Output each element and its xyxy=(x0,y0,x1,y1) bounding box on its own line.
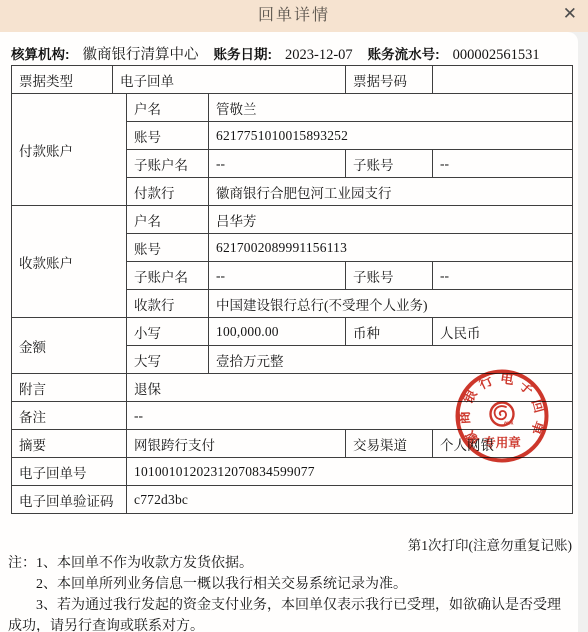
amount-lower-label: 小写 xyxy=(127,318,209,346)
serial-label: 账务流水号: xyxy=(368,43,440,63)
amount-upper-value: 壹拾万元整 xyxy=(209,346,573,374)
payer-subname-value: -- xyxy=(209,150,346,178)
payer-name-value: 管敬兰 xyxy=(209,94,573,122)
table-row: 备注 -- xyxy=(12,402,573,430)
summary-label: 摘要 xyxy=(12,430,127,458)
remark-value: -- xyxy=(127,402,573,430)
footnote-3: 3、若为通过我行发起的资金支付业务，本回单仅表示我行已受理，如欲确认是否受理成功… xyxy=(8,595,568,632)
receipt-no-value: 10100101202312070834599077 xyxy=(127,458,573,486)
date-value: 2023-12-07 xyxy=(285,47,353,64)
verify-code-label: 电子回单验证码 xyxy=(12,486,127,514)
currency-label: 币种 xyxy=(346,318,433,346)
postscript-label: 附言 xyxy=(12,374,127,402)
currency-value: 人民币 xyxy=(433,318,573,346)
payer-subaccount-label: 子账号 xyxy=(346,150,433,178)
footnote-2: 2、本回单所列业务信息一概以我行相关交易系统记录为准。 xyxy=(8,574,568,595)
bill-type-label: 票据类型 xyxy=(12,66,113,94)
channel-value: 个人网银 xyxy=(433,430,573,458)
payer-name-label: 户名 xyxy=(127,94,209,122)
channel-label: 交易渠道 xyxy=(346,430,433,458)
amount-lower-value: 100,000.00 xyxy=(209,318,346,346)
meta-row: 核算机构: 徽商银行清算中心 账务日期: 2023-12-07 账务流水号: 0… xyxy=(11,43,577,64)
payee-subaccount-value: -- xyxy=(433,262,573,290)
table-row: 摘要 网银跨行支付 交易渠道 个人网银 xyxy=(12,430,573,458)
amount-group-label: 金额 xyxy=(12,318,127,374)
footnote-1: 注：1、本回单不作为收款方发货依据。 xyxy=(8,553,568,574)
payee-group-label: 收款账户 xyxy=(12,206,127,318)
payee-account-label: 账号 xyxy=(127,234,209,262)
summary-value: 网银跨行支付 xyxy=(127,430,346,458)
payee-name-value: 吕华芳 xyxy=(209,206,573,234)
payee-bank-value: 中国建设银行总行(不受理个人业务) xyxy=(209,290,573,318)
date-label: 账务日期: xyxy=(214,43,273,63)
payee-subname-label: 子账户名 xyxy=(127,262,209,290)
payer-account-value: 6217751010015893252 xyxy=(209,122,573,150)
receipt-table: 票据类型 电子回单 票据号码 付款账户 户名 管敬兰 账号 6217751010… xyxy=(11,65,573,514)
table-row: 收款账户 户名 吕华芳 xyxy=(12,206,573,234)
dialog-header: 回单详情 ✕ xyxy=(0,0,588,32)
table-row: 票据类型 电子回单 票据号码 xyxy=(12,66,573,94)
payee-subname-value: -- xyxy=(209,262,346,290)
payee-subaccount-label: 子账号 xyxy=(346,262,433,290)
payer-account-label: 账号 xyxy=(127,122,209,150)
bill-type-value: 电子回单 xyxy=(113,66,346,94)
serial-value: 000002561531 xyxy=(453,47,540,64)
bill-no-value xyxy=(433,66,573,94)
payer-bank-value: 徽商银行合肥包河工业园支行 xyxy=(209,178,573,206)
table-row: 金额 小写 100,000.00 币种 人民币 xyxy=(12,318,573,346)
amount-upper-label: 大写 xyxy=(127,346,209,374)
table-row: 电子回单号 10100101202312070834599077 xyxy=(12,458,573,486)
verify-code-value: c772d3bc xyxy=(127,486,573,514)
payer-subaccount-value: -- xyxy=(433,150,573,178)
payer-group-label: 付款账户 xyxy=(12,94,127,206)
org-label: 核算机构: xyxy=(11,43,70,63)
close-icon[interactable]: ✕ xyxy=(563,2,577,26)
payee-name-label: 户名 xyxy=(127,206,209,234)
page-title: 回单详情 xyxy=(0,0,588,31)
table-row: 电子回单验证码 c772d3bc xyxy=(12,486,573,514)
org-value: 徽商银行清算中心 xyxy=(83,43,199,64)
print-count-note: 第1次打印(注意勿重复记账) xyxy=(408,534,572,554)
bill-no-label: 票据号码 xyxy=(346,66,433,94)
postscript-value: 退保 xyxy=(127,374,573,402)
footnotes: 注：1、本回单不作为收款方发货依据。 2、本回单所列业务信息一概以我行相关交易系… xyxy=(8,553,568,632)
receipt-no-label: 电子回单号 xyxy=(12,458,127,486)
table-row: 附言 退保 xyxy=(12,374,573,402)
payer-subname-label: 子账户名 xyxy=(127,150,209,178)
payee-bank-label: 收款行 xyxy=(127,290,209,318)
table-row: 付款账户 户名 管敬兰 xyxy=(12,94,573,122)
payer-bank-label: 付款行 xyxy=(127,178,209,206)
remark-label: 备注 xyxy=(12,402,127,430)
payee-account-value: 6217002089991156113 xyxy=(209,234,573,262)
